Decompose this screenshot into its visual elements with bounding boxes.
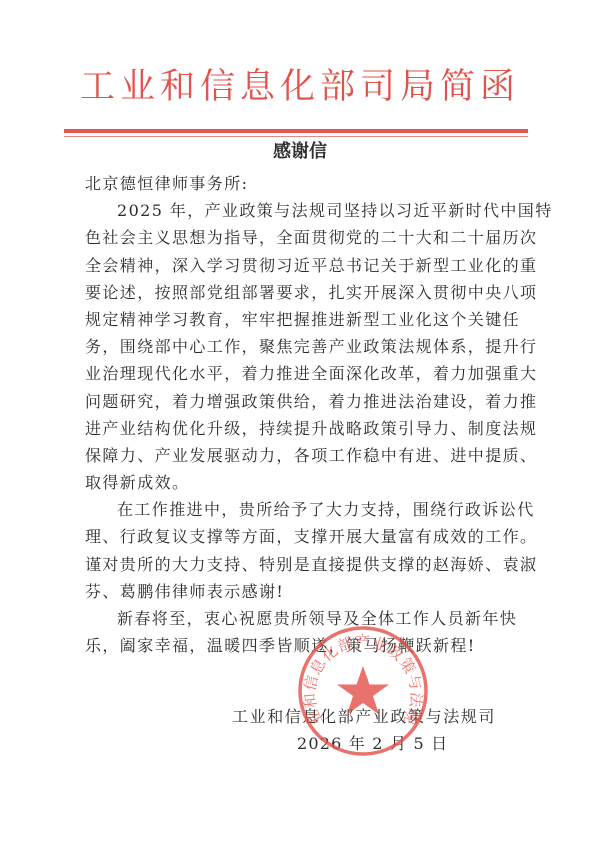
paragraph-line: 在工作推进中，贵所给予了大力支持，围绕行政诉讼代 — [85, 496, 517, 523]
paragraph-line: 取得新成效。 — [85, 469, 517, 496]
paragraph-line: 要论述，按照部党组部署要求，扎实开展深入贯彻中央八项 — [85, 279, 517, 306]
letterhead-title: 工业和信息化部司局简函 — [0, 66, 600, 108]
paragraph-line: 乐，阖家幸福，温暖四季皆顺遂，策马扬鞭跃新程! — [85, 632, 517, 659]
paragraph-2: 在工作推进中，贵所给予了大力支持，围绕行政诉讼代 理、行政复议支撑等方面，支撑开… — [85, 496, 517, 605]
letterhead-rule-thick — [64, 129, 528, 133]
signature-date: 2026 年 2 月 5 日 — [297, 730, 448, 757]
paragraph-line: 理、行政复议支撑等方面，支撑开展大量富有成效的工作。 — [85, 523, 517, 550]
salutation: 北京德恒律师事务所: — [85, 170, 517, 197]
signature-organization: 工业和信息化部产业政策与法规司 — [232, 703, 496, 730]
paragraph-line: 保障力、产业发展驱动力，各项工作稳中有进、进中提质、 — [85, 442, 517, 469]
paragraph-line: 全会精神，深入学习贯彻习近平总书记关于新型工业化的重 — [85, 252, 517, 279]
letter-page: 工业和信息化部司局简函 感谢信 北京德恒律师事务所: 2025 年，产业政策与法… — [0, 0, 600, 849]
letter-body: 北京德恒律师事务所: 2025 年，产业政策与法规司坚持以习近平新时代中国特 色… — [85, 170, 517, 659]
letterhead-rule-thin — [64, 136, 528, 137]
paragraph-line: 谨对贵所的大力支持、特别是直接提供支撑的赵海娇、袁淑 — [85, 551, 517, 578]
paragraph-line: 规定精神学习教育，牢牢把握推进新型工业化这个关键任 — [85, 306, 517, 333]
paragraph-line: 务，围绕部中心工作，聚焦完善产业政策法规体系，提升行 — [85, 333, 517, 360]
document-subtitle: 感谢信 — [0, 140, 600, 164]
paragraph-line: 问题研究，着力增强政策供给，着力推进法治建设，着力推 — [85, 388, 517, 415]
paragraph-line: 新春将至，衷心祝愿贵所领导及全体工作人员新年快 — [85, 605, 517, 632]
paragraph-line: 色社会主义思想为指导，全面贯彻党的二十大和二十届历次 — [85, 224, 517, 251]
paragraph-3: 新春将至，衷心祝愿贵所领导及全体工作人员新年快 乐，阖家幸福，温暖四季皆顺遂，策… — [85, 605, 517, 659]
paragraph-1: 2025 年，产业政策与法规司坚持以习近平新时代中国特 色社会主义思想为指导，全… — [85, 197, 517, 496]
paragraph-line: 进产业结构优化升级，持续提升战略政策引导力、制度法规 — [85, 415, 517, 442]
paragraph-line: 芬、葛鹏伟律师表示感谢! — [85, 578, 517, 605]
paragraph-line: 2025 年，产业政策与法规司坚持以习近平新时代中国特 — [85, 197, 517, 224]
paragraph-line: 业治理现代化水平，着力推进全面深化改革，着力加强重大 — [85, 360, 517, 387]
